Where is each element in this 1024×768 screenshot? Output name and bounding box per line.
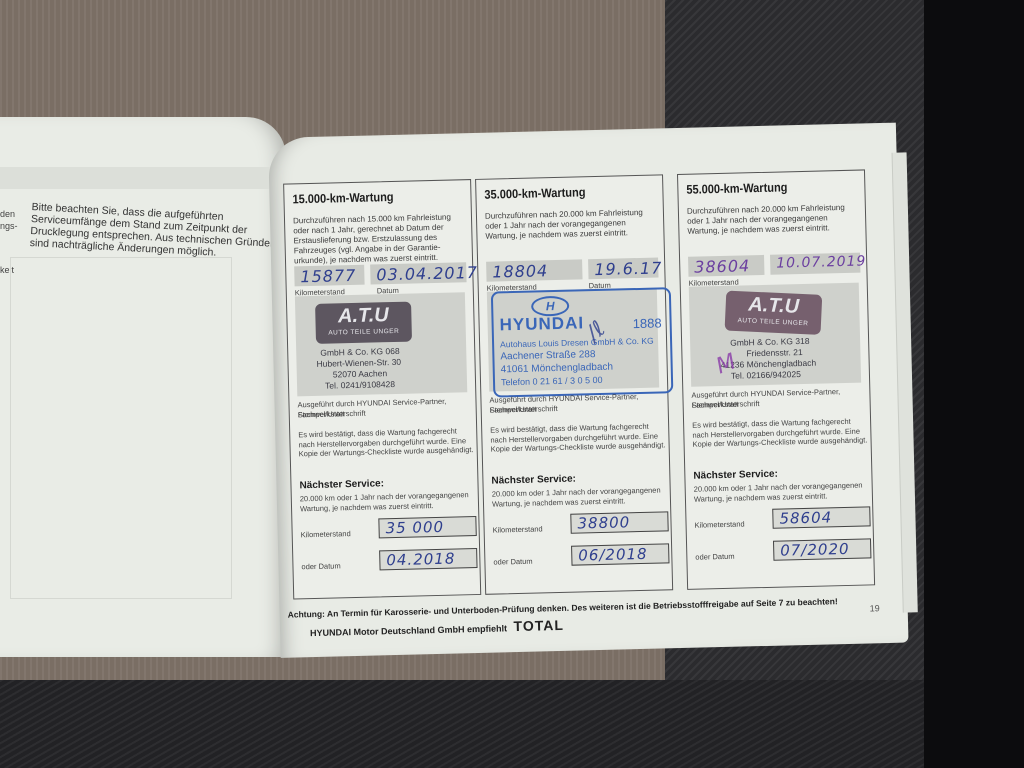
service-title: 55.000-km-Wartung [686, 180, 787, 196]
date-handwritten: 10.07.2019 [776, 253, 867, 271]
service-title: 35.000-km-Wartung [484, 185, 585, 201]
next-km-label: Kilometerstand [301, 529, 351, 539]
next-date-label: oder Datum [301, 561, 340, 571]
next-km-box: 38800 [570, 511, 668, 533]
date-handwritten: 03.04.2017 [376, 263, 478, 284]
sponsor-text: HYUNDAI Motor Deutschland GmbH empfiehlt [310, 623, 507, 638]
next-service-desc: 20.000 km oder 1 Jahr nach der vorangega… [694, 480, 870, 503]
next-date-box: 06/2018 [571, 543, 669, 565]
stamp-line: Tel. 02166/942025 [731, 369, 801, 381]
stamp-area: A.T.U AUTO TEILE UNGER GmbH & Co. KG 318… [689, 283, 861, 387]
next-km-label: Kilometerstand [493, 524, 543, 534]
next-service-desc: 20.000 km oder 1 Jahr nach der vorangega… [492, 485, 668, 508]
atu-logo-stamp: A.T.U AUTO TEILE UNGER [725, 291, 823, 335]
service-title: 15.000-km-Wartung [292, 190, 393, 206]
stamp-line: Autohaus Louis Dresen GmbH & Co. KG [500, 336, 654, 350]
page-number: 19 [870, 603, 880, 613]
km-field: 15877 [294, 265, 364, 287]
stamp-line: 52070 Aachen [333, 368, 388, 379]
next-date-label: oder Datum [695, 552, 734, 562]
date-field: 03.04.2017 [370, 262, 466, 284]
next-service-title: Nächster Service: [299, 478, 384, 491]
stamp-area: A.T.U AUTO TEILE UNGER GmbH & Co. KG 068… [295, 292, 467, 396]
stamp-line: GmbH & Co. KG 068 [320, 346, 400, 358]
km-handwritten: 18804 [492, 261, 548, 281]
total-logo: TOTAL [513, 617, 564, 634]
next-date-label: oder Datum [493, 557, 532, 567]
stamp-line: Telefon 0 21 61 / 3 0 5 00 [501, 375, 603, 387]
service-description: Durchzuführen nach 20.000 km Fahrleistun… [687, 203, 860, 237]
date-field: 19.6.17 [588, 258, 658, 280]
next-service-desc: 20.000 km oder 1 Jahr nach der vorangega… [300, 490, 476, 513]
next-km-box: 35 000 [378, 516, 476, 538]
stamp-area: H HYUNDAI 1888 Autohaus Louis Dresen Gmb… [487, 288, 659, 392]
atu-logo-stamp: A.T.U AUTO TEILE UNGER [315, 302, 412, 344]
header-band [0, 167, 270, 189]
stamp-line: Tel. 0241/9108428 [325, 379, 395, 391]
service-card-35000: 35.000-km-Wartung Durchzuführen nach 20.… [475, 174, 673, 594]
stamp-line: Hubert-Wienen-Str. 30 [316, 357, 401, 369]
stamp-line: Friedensstr. 21 [746, 347, 802, 358]
next-service-title: Nächster Service: [693, 469, 778, 482]
confirmation-text: Es wird bestätigt, dass die Wartung fach… [298, 426, 475, 459]
side-fragment: ngs- [0, 221, 18, 231]
km-handwritten: 15877 [300, 266, 356, 286]
seat-fabric-bottom [0, 680, 1024, 768]
stamp-line: GmbH & Co. KG 318 [730, 336, 810, 348]
stamp-line: Aachener Straße 288 [500, 349, 595, 362]
confirmation-text: Es wird bestätigt, dass die Wartung fach… [490, 421, 667, 454]
stamp-brand: HYUNDAI [499, 313, 584, 335]
stamp-number: 1888 [633, 315, 662, 331]
confirmation-text: Es wird bestätigt, dass die Wartung fach… [692, 416, 869, 449]
ghost-show-through [10, 257, 232, 599]
date-handwritten: 19.6.17 [594, 258, 663, 279]
intro-text: Bitte beachten Sie, dass die aufgeführte… [29, 201, 286, 263]
footer-sponsor: HYUNDAI Motor Deutschland GmbH empfiehlt… [310, 617, 564, 639]
hyundai-dealer-stamp: H HYUNDAI 1888 Autohaus Louis Dresen Gmb… [491, 287, 674, 397]
dark-edge [924, 0, 1024, 768]
km-field: 38604 [688, 255, 764, 277]
km-field: 18804 [486, 259, 582, 281]
right-page: 15.000-km-Wartung Durchzuführen nach 15.… [268, 123, 909, 658]
km-handwritten: 38604 [694, 256, 750, 276]
next-km-box: 58604 [772, 506, 870, 528]
side-fragment: den [0, 209, 15, 219]
date-field: 10.07.2019 [770, 253, 860, 275]
left-page: den ngs- keit Bitte beachten Sie, dass d… [0, 117, 286, 657]
next-date-box: 07/2020 [773, 538, 871, 560]
service-card-15000: 15.000-km-Wartung Durchzuführen nach 15.… [283, 179, 481, 599]
next-service-title: Nächster Service: [491, 474, 576, 487]
next-date-box: 04.2018 [379, 548, 477, 570]
stamp-line: 41061 Mönchengladbach [501, 362, 614, 376]
service-description: Durchzuführen nach 20.000 km Fahrleistun… [485, 208, 658, 242]
service-description: Durchzuführen nach 15.000 km Fahrleistun… [293, 212, 466, 266]
service-card-55000: 55.000-km-Wartung Durchzuführen nach 20.… [677, 169, 875, 589]
next-km-label: Kilometerstand [694, 519, 744, 529]
